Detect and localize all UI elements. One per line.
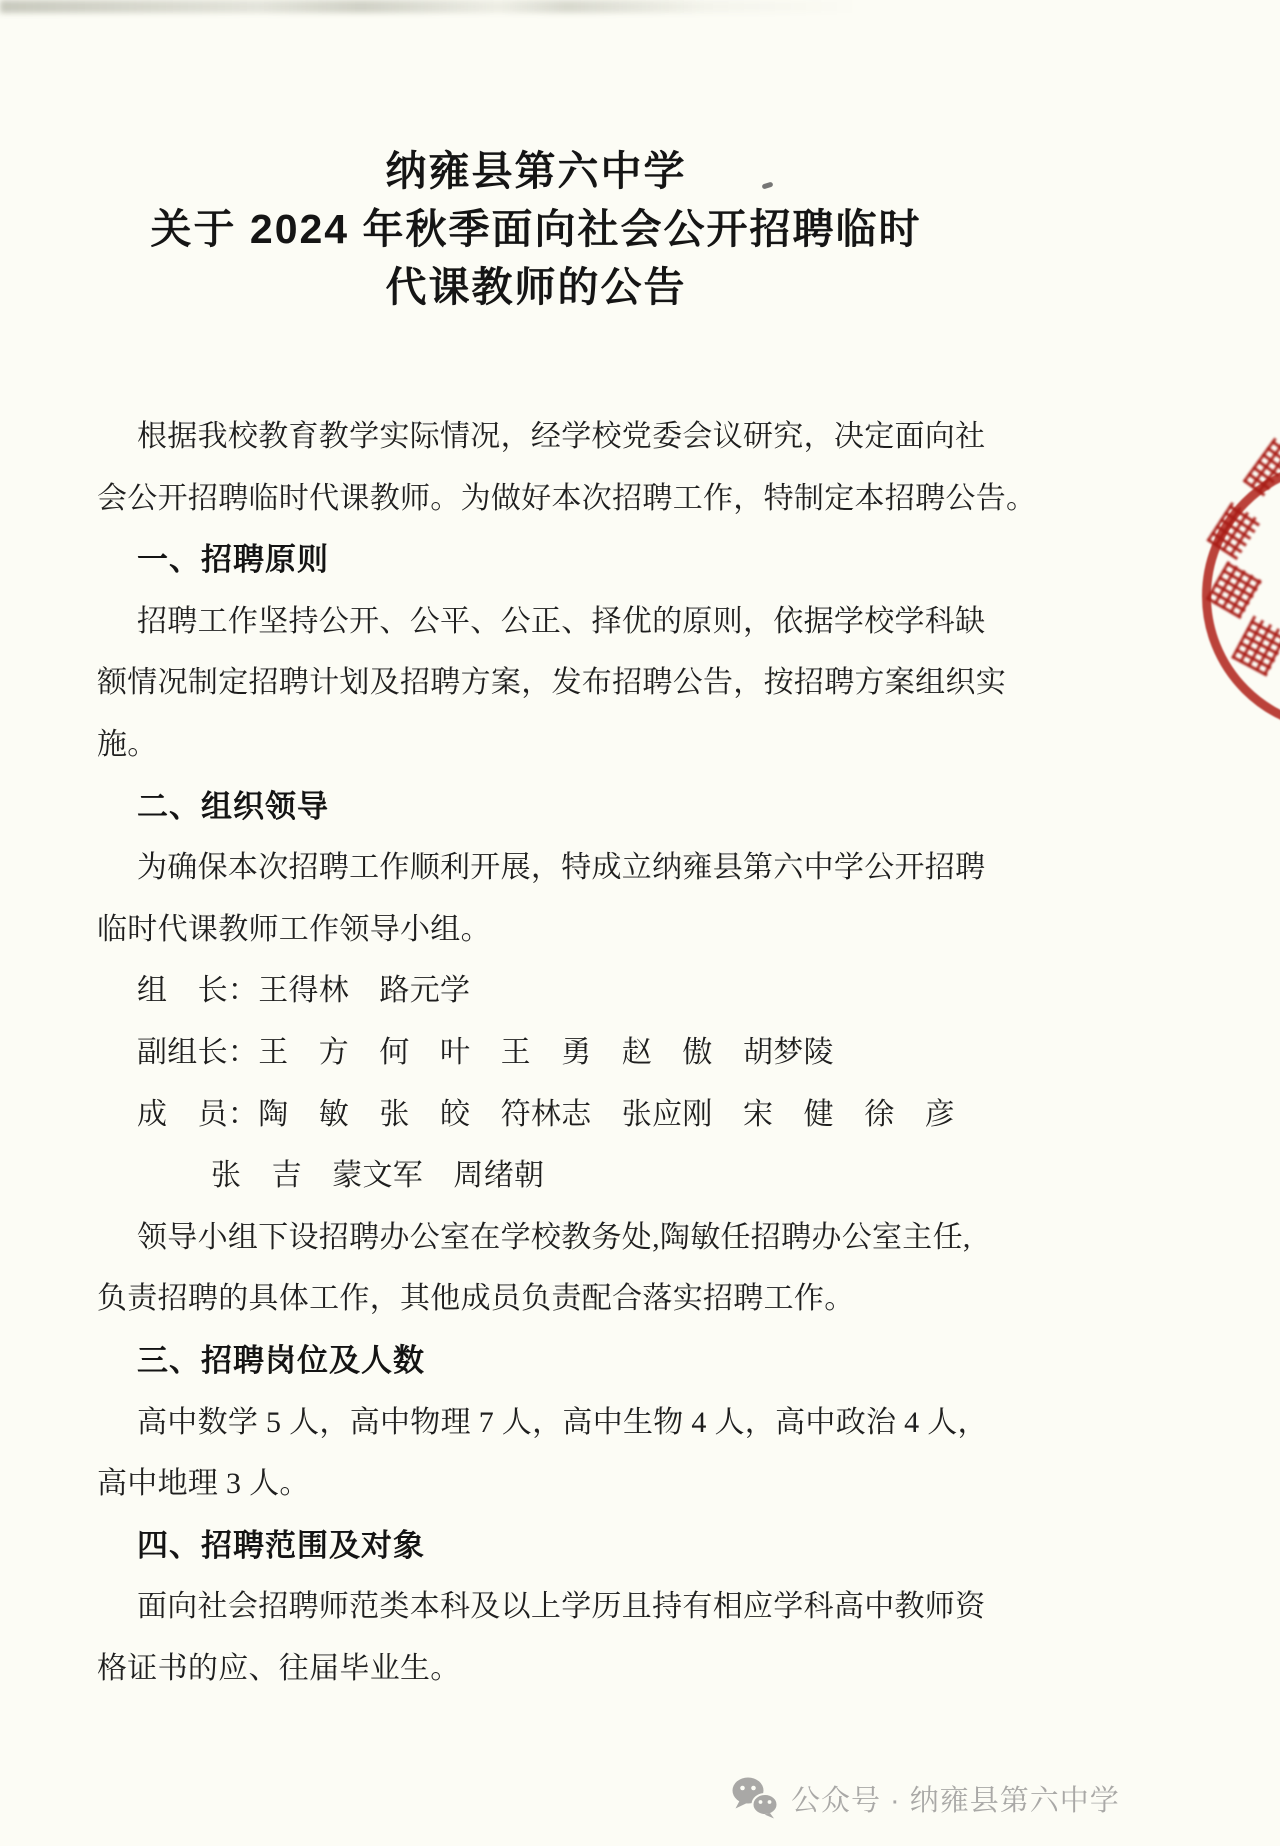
section-heading-1: 一、招聘原则 [97, 529, 997, 591]
body-line: 施。 [97, 714, 997, 776]
body-line: 根据我校教育教学实际情况，经学校党委会议研究，决定面向社 [97, 406, 997, 468]
body-line: 高中地理 3 人。 [97, 1453, 997, 1515]
body-line: 负责招聘的具体工作，其他成员负责配合落实招聘工作。 [97, 1268, 997, 1330]
member-names-line-cont: 张 吉 蒙文军 周绪朝 [97, 1145, 997, 1207]
title-line-2: 关于 2024 年秋季面向社会公开招聘临时 [97, 200, 975, 258]
leader-names-line: 组 长：王得林 路元学 [97, 960, 997, 1022]
body-line: 临时代课教师工作领导小组。 [97, 899, 997, 961]
title-line-1: 纳雍县第六中学 [97, 142, 975, 200]
body-line: 额情况制定招聘计划及招聘方案，发布招聘公告，按招聘方案组织实 [97, 652, 997, 714]
document-title: 纳雍县第六中学 关于 2024 年秋季面向社会公开招聘临时 代课教师的公告 [97, 142, 975, 316]
section-heading-3: 三、招聘岗位及人数 [97, 1330, 997, 1392]
footer: 公众号 · 纳雍县第六中学 [731, 1777, 1120, 1819]
body-line: 面向社会招聘师范类本科及以上学历且持有相应学科高中教师资 [97, 1576, 997, 1638]
title-line-3: 代课教师的公告 [97, 258, 975, 316]
deputy-names-line: 副组长：王 方 何 叶 王 勇 赵 傲 胡梦陵 [97, 1022, 997, 1084]
wechat-icon [731, 1777, 779, 1819]
scan-artifact-top [0, 0, 860, 13]
member-names-line: 成 员：陶 敏 张 皎 符林志 张应刚 宋 健 徐 彦 [97, 1084, 997, 1146]
body-line: 高中数学 5 人，高中物理 7 人，高中生物 4 人，高中政治 4 人， [97, 1392, 997, 1454]
body-line: 为确保本次招聘工作顺利开展，特成立纳雍县第六中学公开招聘 [97, 837, 997, 899]
footer-account-label: 公众号 · 纳雍县第六中学 [791, 1778, 1120, 1819]
section-heading-4: 四、招聘范围及对象 [97, 1515, 997, 1577]
body-line: 会公开招聘临时代课教师。为做好本次招聘工作，特制定本招聘公告。 [97, 468, 997, 530]
scanned-document-page: 纳雍县第六中学 关于 2024 年秋季面向社会公开招聘临时 代课教师的公告 根据… [0, 0, 1280, 1846]
body-line: 领导小组下设招聘办公室在学校教务处,陶敏任招聘办公室主任, [97, 1207, 997, 1269]
body-line: 格证书的应、往届毕业生。 [97, 1638, 997, 1700]
document-body: 根据我校教育教学实际情况，经学校党委会议研究，决定面向社 会公开招聘临时代课教师… [97, 406, 997, 1699]
section-heading-2: 二、组织领导 [97, 776, 997, 838]
body-line: 招聘工作坚持公开、公平、公正、择优的原则，依据学校学科缺 [97, 591, 997, 653]
